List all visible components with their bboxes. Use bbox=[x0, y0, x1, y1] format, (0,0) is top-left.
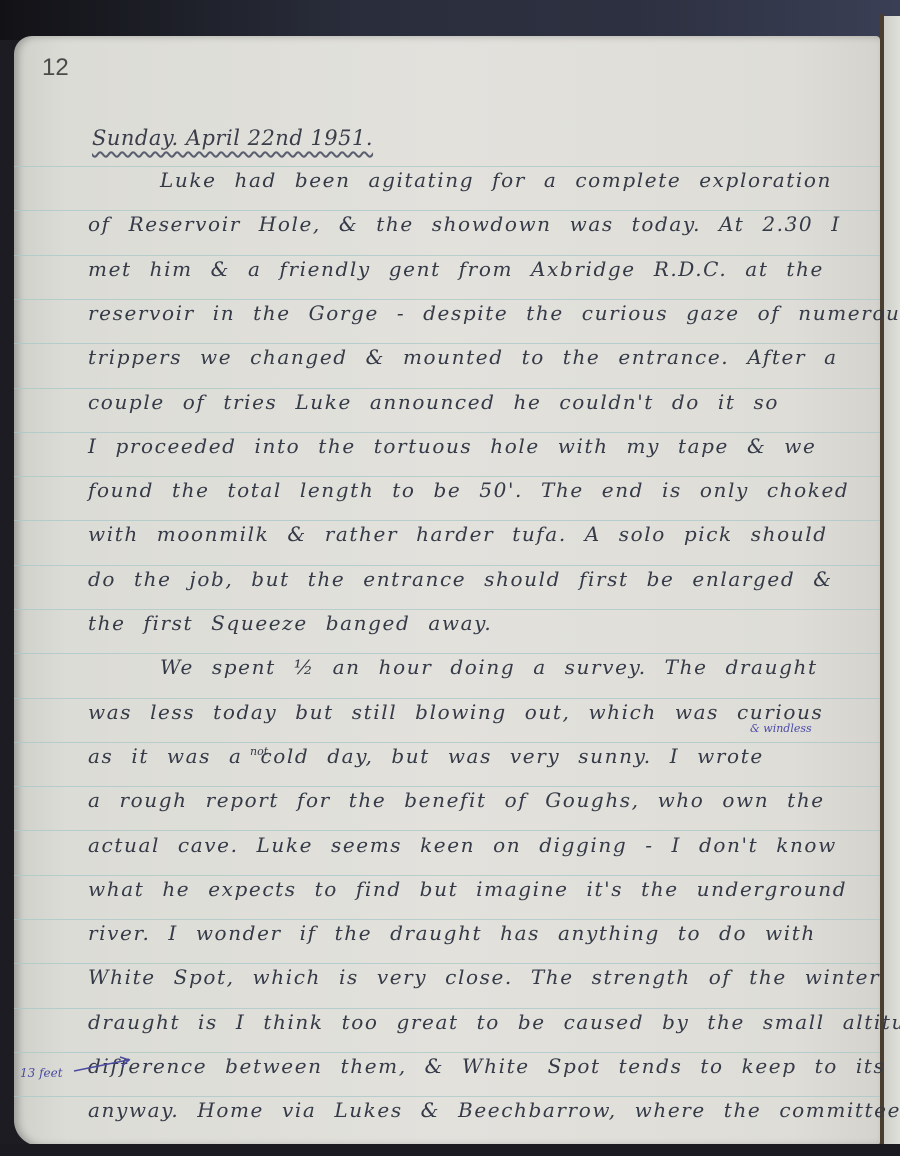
insertion-windless: & windless bbox=[750, 722, 812, 735]
text-line: as it was a cold day, but was very sunny… bbox=[88, 744, 868, 768]
text-line: river. I wonder if the draught has anyth… bbox=[88, 921, 868, 945]
ruled-line bbox=[14, 166, 880, 167]
ruled-line bbox=[14, 520, 880, 521]
text-line: draught is I think too great to be cause… bbox=[88, 1010, 868, 1034]
text-line: We spent ½ an hour doing a survey. The d… bbox=[160, 655, 900, 679]
text-line: with moonmilk & rather harder tufa. A so… bbox=[88, 522, 868, 546]
ruled-line bbox=[14, 919, 880, 920]
ruled-line bbox=[14, 343, 880, 344]
text-line: what he expects to find but imagine it's… bbox=[88, 877, 868, 901]
text-line: a rough report for the benefit of Goughs… bbox=[88, 788, 868, 812]
text-line: do the job, but the entrance should firs… bbox=[88, 567, 868, 591]
ruled-line bbox=[14, 786, 880, 787]
ruled-line bbox=[14, 1096, 880, 1097]
insertion-not: not bbox=[250, 745, 268, 758]
margin-note: 13 feet bbox=[20, 1066, 63, 1080]
background-top bbox=[0, 0, 900, 40]
ruled-line bbox=[14, 609, 880, 610]
text-line: White Spot, which is very close. The str… bbox=[88, 965, 868, 989]
text-line: Luke had been agitating for a complete e… bbox=[160, 168, 900, 192]
ruled-line bbox=[14, 963, 880, 964]
background-bottom bbox=[0, 1144, 900, 1156]
text-line: I proceeded into the tortuous hole with … bbox=[88, 434, 868, 458]
ruled-line bbox=[14, 476, 880, 477]
text-line: was less today but still blowing out, wh… bbox=[88, 700, 868, 724]
margin-arrow-icon bbox=[72, 1055, 134, 1075]
text-line: reservoir in the Gorge - despite the cur… bbox=[88, 301, 868, 325]
ruled-line bbox=[14, 210, 880, 211]
text-line: difference between them, & White Spot te… bbox=[88, 1054, 868, 1078]
text-line: found the total length to be 50'. The en… bbox=[88, 478, 868, 502]
entry-date-heading: Sunday. April 22nd 1951. bbox=[92, 126, 373, 150]
ruled-line bbox=[14, 299, 880, 300]
text-line: actual cave. Luke seems keen on digging … bbox=[88, 833, 868, 857]
page-number: 12 bbox=[42, 54, 69, 82]
text-line: of Reservoir Hole, & the showdown was to… bbox=[88, 212, 868, 236]
text-line: anyway. Home via Lukes & Beechbarrow, wh… bbox=[88, 1098, 868, 1122]
text-line: couple of tries Luke announced he couldn… bbox=[88, 390, 868, 414]
ruled-line bbox=[14, 742, 880, 743]
ruled-line bbox=[14, 830, 880, 831]
text-line: met him & a friendly gent from Axbridge … bbox=[88, 257, 868, 281]
text-line: the first Squeeze banged away. bbox=[88, 611, 868, 635]
ruled-line bbox=[14, 653, 880, 654]
text-line: trippers we changed & mounted to the ent… bbox=[88, 345, 868, 369]
ruled-line bbox=[14, 1052, 880, 1053]
